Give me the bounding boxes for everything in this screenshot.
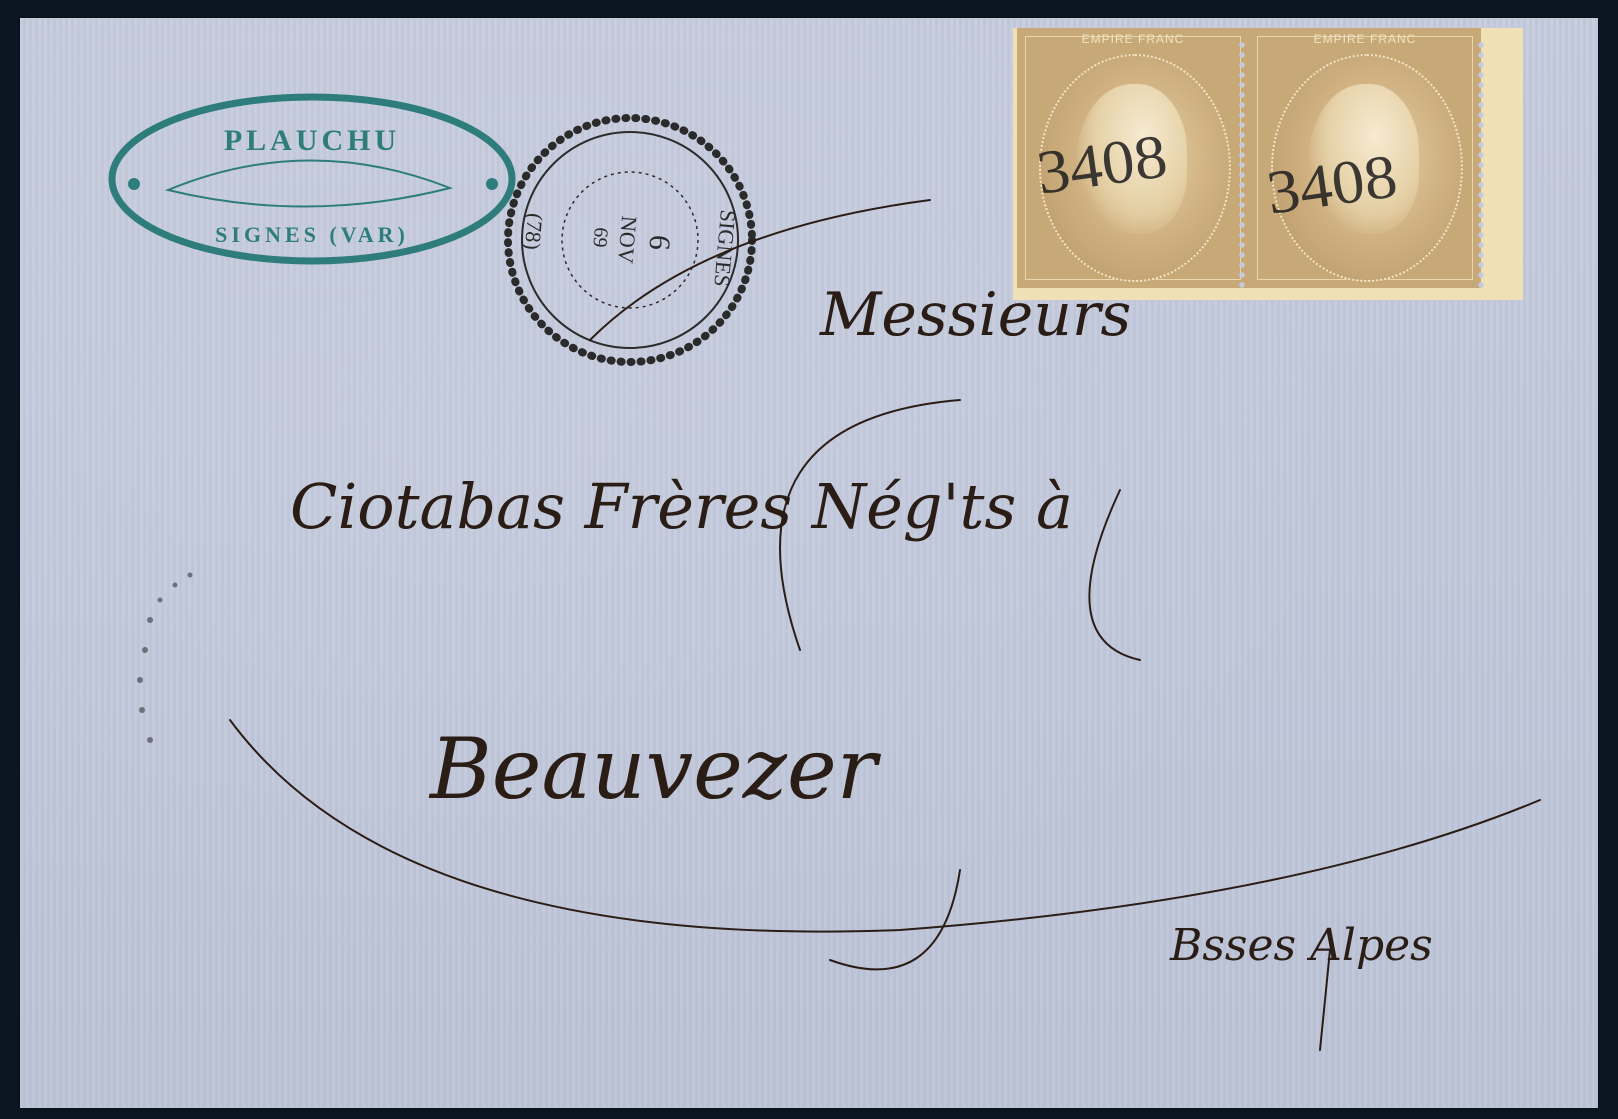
destination-department: Bsses Alpes [1170, 920, 1433, 971]
addressee: Ciotabas Frères Nég'ts à [290, 470, 1073, 543]
destination-town: Beauvezer [430, 720, 877, 818]
cds-town: SIGNES [709, 209, 741, 288]
stamp-inscription: EMPIRE FRANC [1249, 32, 1481, 46]
cachet-name: PLAUCHU [224, 124, 400, 157]
circular-date-stamp: 6 NOV 69 SIGNES (78) [500, 100, 760, 380]
cds-month: NOV [613, 215, 642, 265]
perforation [1238, 40, 1246, 290]
cds-year: 69 [588, 226, 612, 248]
cds-department: (78) [520, 212, 548, 251]
perforation [1477, 40, 1485, 290]
merchant-cachet: PLAUCHU SIGNES (VAR) [108, 92, 516, 266]
stamp-inscription: EMPIRE FRANC [1017, 32, 1249, 46]
cds-day: 6 [642, 234, 676, 252]
salutation: Messieurs [820, 280, 1131, 350]
cachet-town: SIGNES (VAR) [215, 222, 409, 247]
